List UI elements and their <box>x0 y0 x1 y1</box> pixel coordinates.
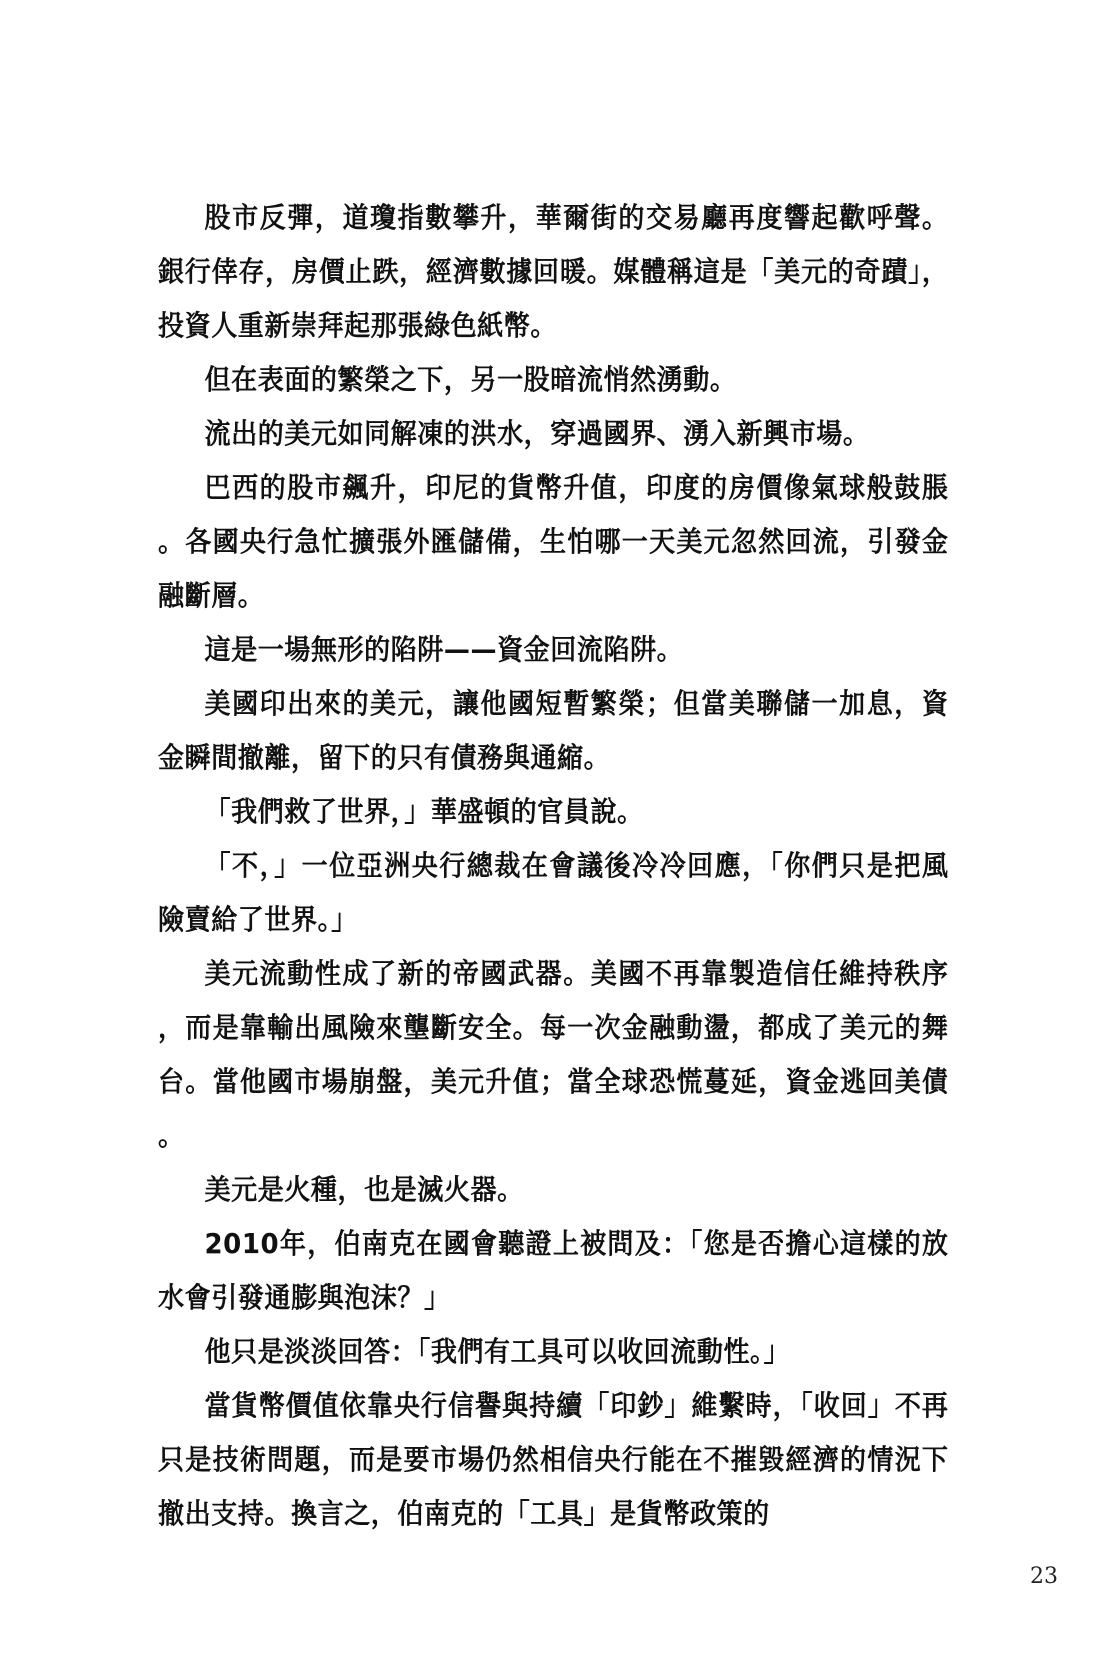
paragraph: 2010年，伯南克在國會聽證上被問及：「您是否擔心這樣的放水會引發通膨與泡沫？」 <box>158 1217 949 1325</box>
paragraph: 「我們救了世界，」華盛頓的官員說。 <box>158 785 949 839</box>
paragraph: 股市反彈，道瓊指數攀升，華爾街的交易廳再度響起歡呼聲。銀行倖存，房價止跌，經濟數… <box>158 191 949 353</box>
paragraph: 「不，」一位亞洲央行總裁在會議後冷冷回應，「你們只是把風險賣給了世界。」 <box>158 839 949 947</box>
paragraph: 但在表面的繁榮之下，另一股暗流悄然湧動。 <box>158 353 949 407</box>
document-page: 股市反彈，道瓊指數攀升，華爾街的交易廳再度響起歡呼聲。銀行倖存，房價止跌，經濟數… <box>0 0 1103 1654</box>
page-number: 23 <box>1030 1564 1058 1589</box>
body-text: 股市反彈，道瓊指數攀升，華爾街的交易廳再度響起歡呼聲。銀行倖存，房價止跌，經濟數… <box>158 191 893 1541</box>
paragraph: 美國印出來的美元，讓他國短暫繁榮；但當美聯儲一加息，資金瞬間撤離，留下的只有債務… <box>158 677 949 785</box>
paragraph: 美元流動性成了新的帝國武器。美國不再靠製造信任維持秩序，而是靠輸出風險來壟斷安全… <box>158 947 949 1163</box>
paragraph: 當貨幣價值依靠央行信譽與持續「印鈔」維繫時，「收回」不再只是技術問題，而是要市場… <box>158 1379 949 1541</box>
paragraph: 美元是火種，也是滅火器。 <box>158 1163 949 1217</box>
paragraph: 這是一場無形的陷阱——資金回流陷阱。 <box>158 623 949 677</box>
paragraph: 流出的美元如同解凍的洪水，穿過國界、湧入新興市場。 <box>158 407 949 461</box>
paragraph: 巴西的股市飆升，印尼的貨幣升值，印度的房價像氣球般鼓脹。各國央行急忙擴張外匯儲備… <box>158 461 949 623</box>
paragraph: 他只是淡淡回答：「我們有工具可以收回流動性。」 <box>158 1325 949 1379</box>
